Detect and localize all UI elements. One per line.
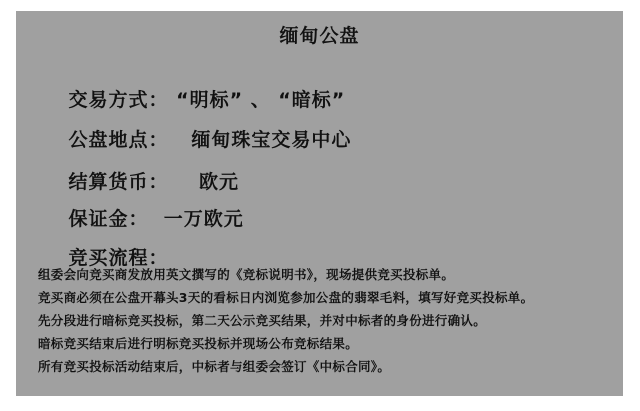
- step-item: 暗标竞买结束后进行明标竞买投标并现场公布竞标结果。: [38, 332, 533, 355]
- step-item: 竞买商必须在公盘开幕头3天的看标日内浏览参加公盘的翡翠毛料，填写好竞买投标单。: [38, 286, 533, 309]
- step-item: 先分段进行暗标竞买投标，第二天公示竞买结果，并对中标者的身份进行确认。: [38, 309, 533, 332]
- step-item: 所有竞买投标活动结束后，中标者与组委会签订《中标合同》。: [38, 355, 533, 378]
- step-item: 组委会向竞买商发放用英文撰写的《竞标说明书》，现场提供竞买投标单。: [38, 263, 533, 286]
- process-steps: 组委会向竞买商发放用英文撰写的《竞标说明书》，现场提供竞买投标单。 竞买商必须在…: [38, 263, 533, 378]
- info-panel: 缅甸公盘 交易方式： “明标” 、 “暗标” 公盘地点： 缅甸珠宝交易中心 结算…: [16, 11, 623, 396]
- page-title: 缅甸公盘: [16, 21, 623, 48]
